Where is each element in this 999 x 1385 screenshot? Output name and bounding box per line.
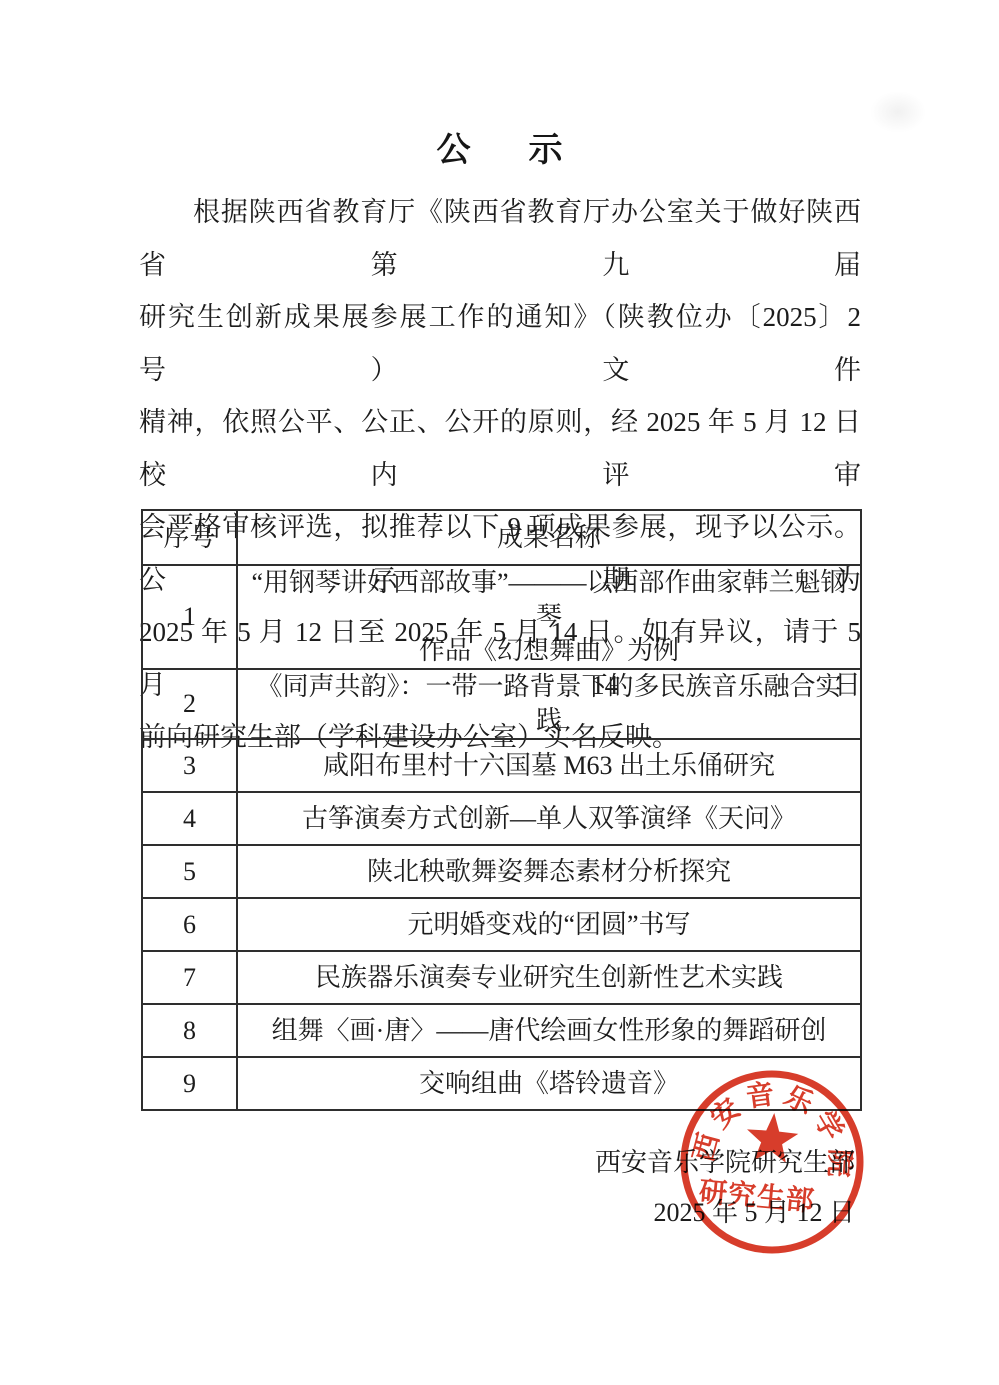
row-serial: 1 <box>142 565 237 669</box>
header-cell-serial: 序号 <box>142 510 237 565</box>
row-serial: 2 <box>142 669 237 739</box>
public-notice-document: 公 示 根据陕西省教育厅《陕西省教育厅办公室关于做好陕西省第九届 研究生创新成果… <box>0 0 999 1385</box>
row-serial: 4 <box>142 792 237 845</box>
header-cell-name: 成果名称 <box>237 510 861 565</box>
row-name: 民族器乐演奏专业研究生创新性艺术实践 <box>237 951 861 1004</box>
table-row-6: 6 元明婚变戏的“团圆”书写 <box>142 898 861 951</box>
row-serial: 5 <box>142 845 237 898</box>
table-row-7: 7 民族器乐演奏专业研究生创新性艺术实践 <box>142 951 861 1004</box>
row-name: 古筝演奏方式创新—单人双筝演绎《天问》 <box>237 792 861 845</box>
row-name: 陕北秧歌舞姿舞态素材分析探究 <box>237 845 861 898</box>
stamp-bottom-text: 研究生部 <box>698 1175 816 1218</box>
results-table: 序号 成果名称 1 “用钢琴讲好西部故事”———以西部作曲家韩兰魁钢琴 作品《幻… <box>141 509 862 1111</box>
document-title: 公 示 <box>0 122 999 171</box>
scan-smudge <box>858 82 938 142</box>
official-stamp: 西安音乐学院 研究生部 <box>676 1066 868 1262</box>
table-row-1: 1 “用钢琴讲好西部故事”———以西部作曲家韩兰魁钢琴 作品《幻想舞曲》为例 <box>142 565 861 669</box>
table-row-8: 8 组舞〈画·唐〉——唐代绘画女性形象的舞蹈研创 <box>142 1004 861 1057</box>
notice-line-2: 研究生创新成果展参展工作的通知》（陕教位办〔2025〕2 号）文件 <box>139 291 861 396</box>
stamp-star-icon <box>744 1111 799 1164</box>
row-serial: 9 <box>142 1057 237 1110</box>
row-serial: 7 <box>142 951 237 1004</box>
table-row-4: 4 古筝演奏方式创新—单人双筝演绎《天问》 <box>142 792 861 845</box>
row-name: “用钢琴讲好西部故事”———以西部作曲家韩兰魁钢琴 作品《幻想舞曲》为例 <box>237 565 861 669</box>
row-name: 元明婚变戏的“团圆”书写 <box>237 898 861 951</box>
row-serial: 3 <box>142 739 237 792</box>
row-name: 咸阳布里村十六国墓 M63 出土乐俑研究 <box>237 739 861 792</box>
row-serial: 8 <box>142 1004 237 1057</box>
table-header-row: 序号 成果名称 <box>142 510 861 565</box>
row-serial: 6 <box>142 898 237 951</box>
notice-line-3: 精神，依照公平、公正、公开的原则，经 2025 年 5 月 12 日校内评审 <box>139 396 861 501</box>
row-name: 《同声共韵》：一带一路背景下的多民族音乐融合实践 <box>237 669 861 739</box>
table-row-5: 5 陕北秧歌舞姿舞态素材分析探究 <box>142 845 861 898</box>
row-name: 组舞〈画·唐〉——唐代绘画女性形象的舞蹈研创 <box>237 1004 861 1057</box>
table-row-3: 3 咸阳布里村十六国墓 M63 出土乐俑研究 <box>142 739 861 792</box>
table-row-2: 2 《同声共韵》：一带一路背景下的多民族音乐融合实践 <box>142 669 861 739</box>
notice-line-1: 根据陕西省教育厅《陕西省教育厅办公室关于做好陕西省第九届 <box>139 186 861 291</box>
